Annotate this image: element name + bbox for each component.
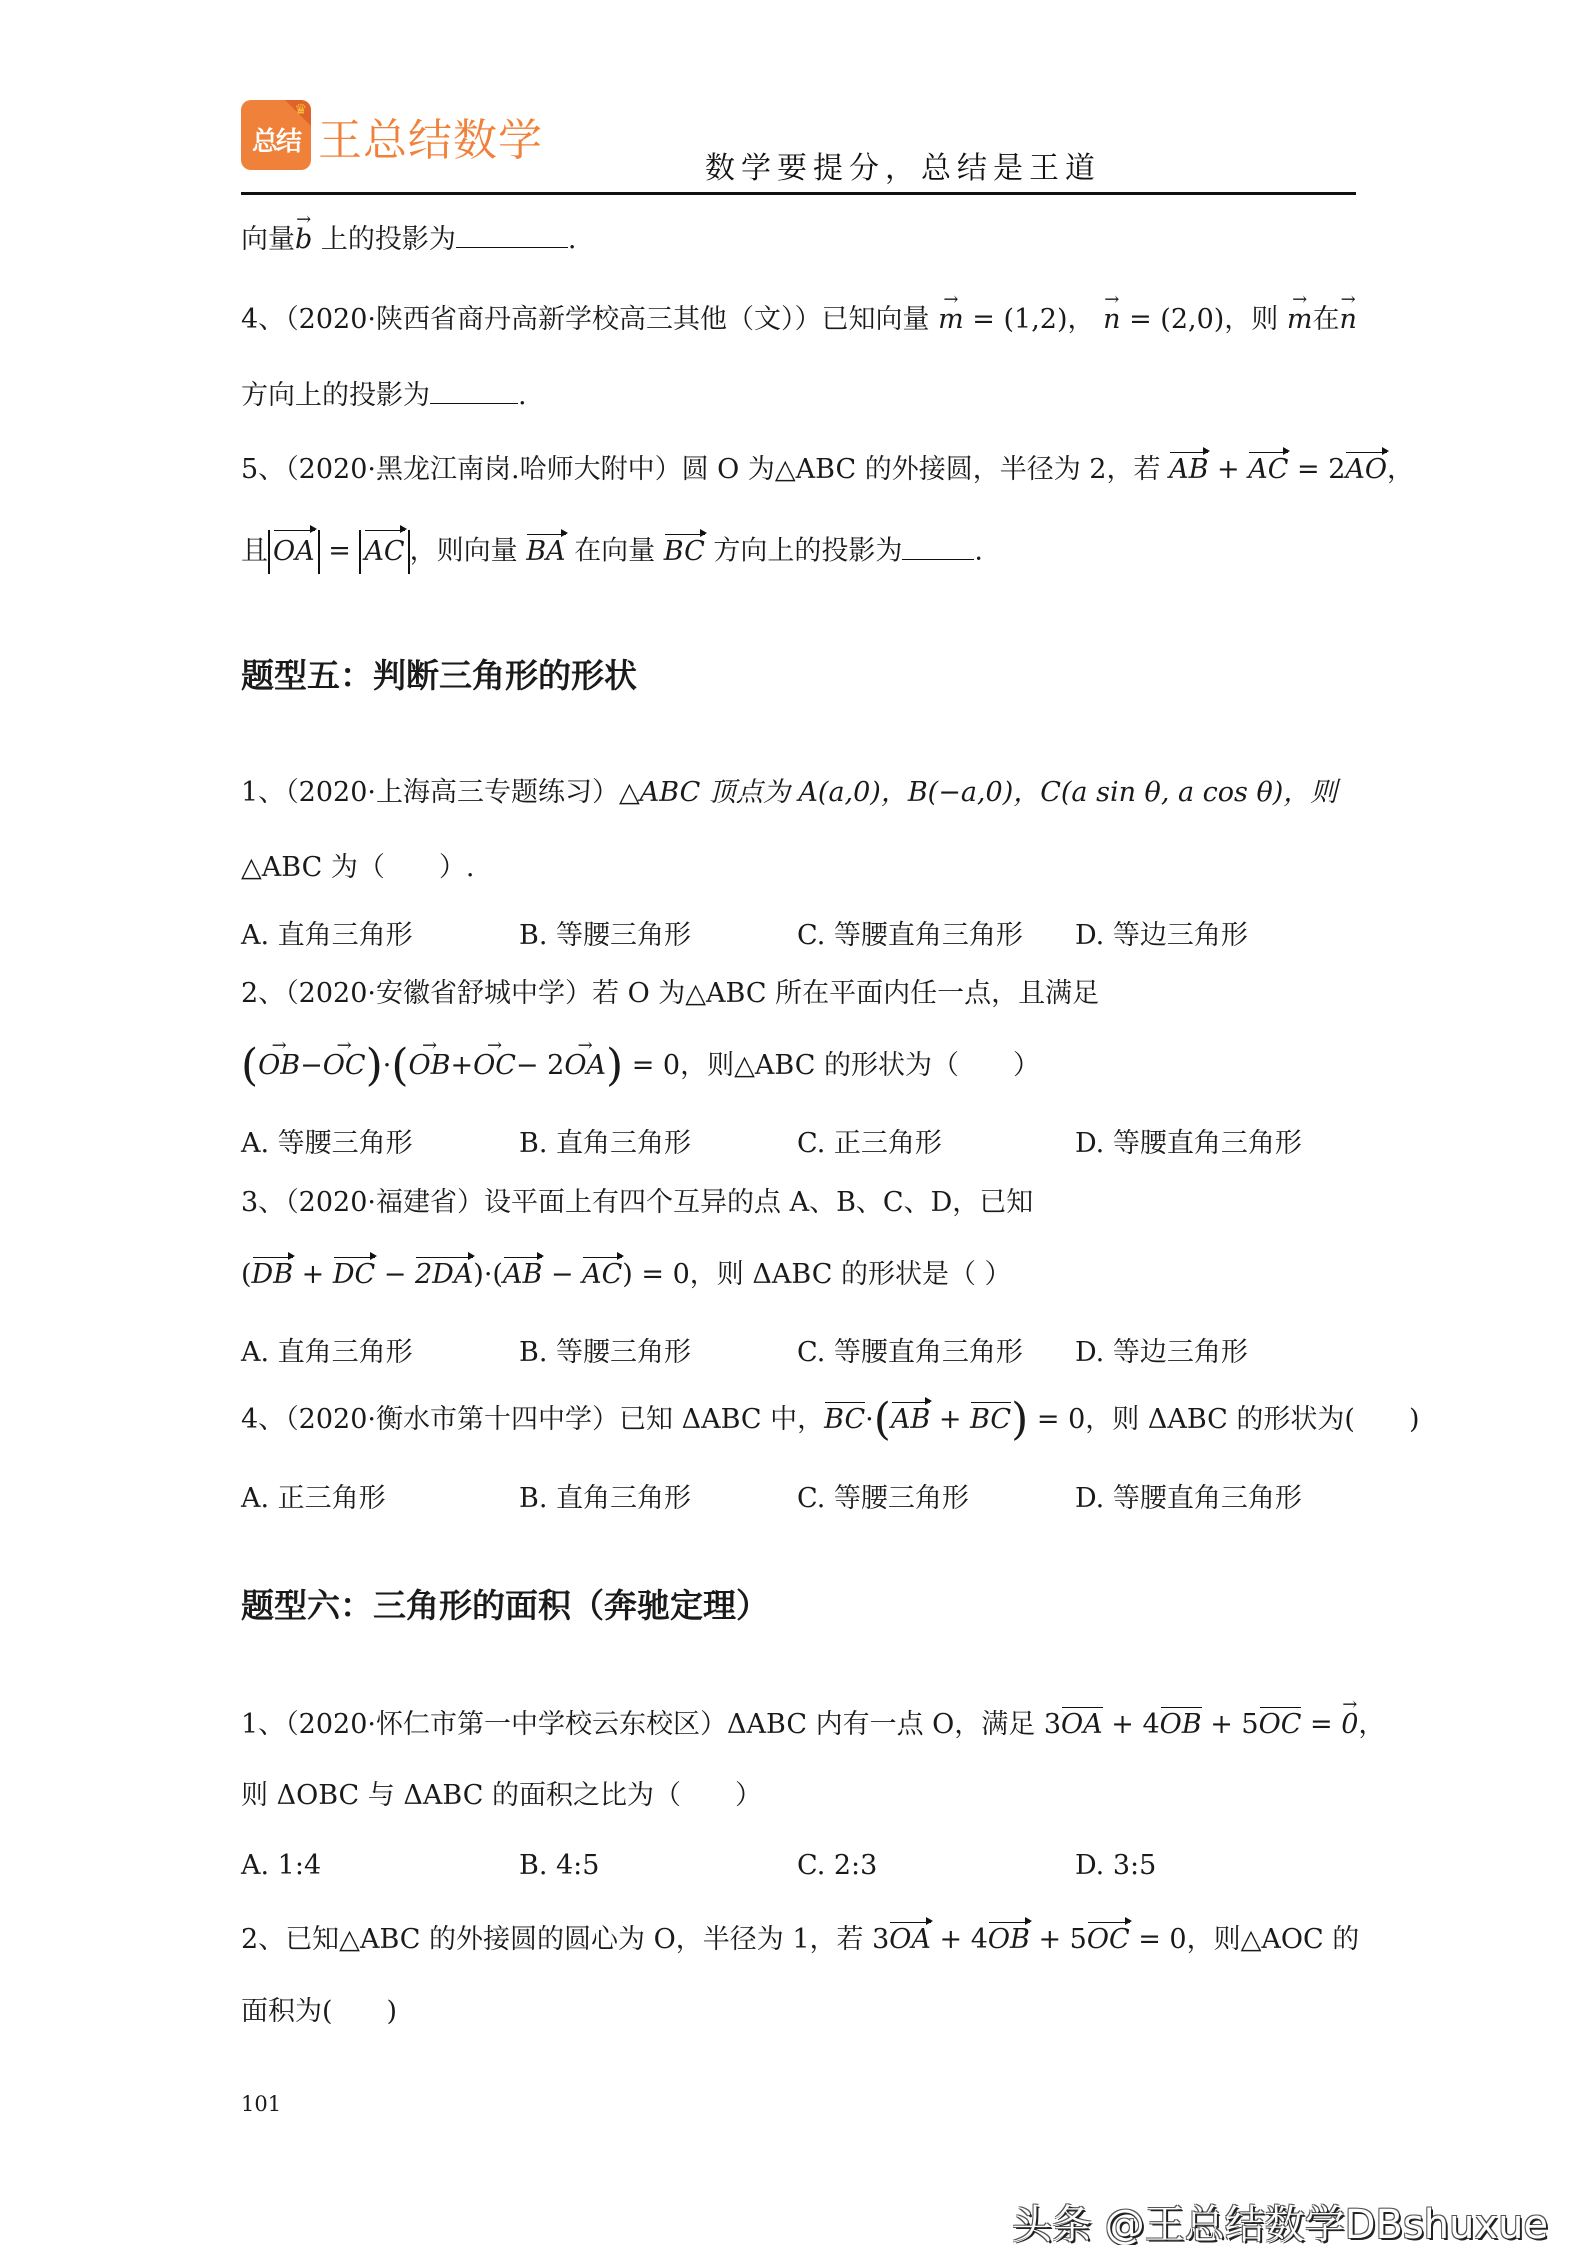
vector-value: = (2,0)，则: [1129, 304, 1278, 335]
section-heading-5: 题型五：判断三角形的形状: [241, 650, 637, 697]
s5-question-1: 1、（2020·上海高三专题练习）△ABC 顶点为 A(a,0)，B(−a,0)…: [241, 775, 1337, 811]
option-d[interactable]: D. 等边三角形: [1075, 1330, 1248, 1369]
vector-m: m: [938, 302, 964, 338]
question-text: 已知向量: [821, 304, 929, 335]
option-a[interactable]: A. 直角三角形: [241, 1330, 413, 1369]
s6-question-2-line2: 面积为( ): [241, 1994, 397, 2030]
continuation-line: 向量b 上的投影为.: [241, 222, 576, 258]
vector-ab: AB: [891, 1402, 930, 1438]
option-a[interactable]: A. 等腰三角形: [241, 1121, 413, 1160]
s5-question-2-line2: (OB−OC)·(OB+OC− 2OA) = 0，则△ABC 的形状为（ ）: [241, 1048, 1040, 1084]
vector-ac: AC: [364, 530, 404, 574]
vector-oa: OA: [889, 1922, 931, 1958]
answer-blank[interactable]: [430, 379, 518, 404]
vector-ac: AC: [582, 1257, 622, 1293]
s6-question-1-line2: 则 ΔOBC 与 ΔABC 的面积之比为（ ）: [241, 1778, 762, 1814]
brand-name: 王总结数学: [318, 104, 543, 168]
question-number: 2、: [241, 1924, 285, 1955]
question-text: 已知 ΔABC 中，: [619, 1404, 824, 1435]
vector-ba: BA: [526, 534, 565, 570]
question-source: （2020·福建省）: [285, 1187, 484, 1218]
operator: =: [320, 536, 360, 567]
vector-oa: OA: [564, 1048, 606, 1084]
slogan: 数学要提分，总结是王道: [705, 143, 1101, 187]
operator: −: [300, 1050, 323, 1081]
operator: + 5: [1030, 1924, 1087, 1955]
paren: ): [622, 1259, 633, 1290]
brand-logo: ♛ 总结: [241, 100, 311, 170]
text: 在向量: [574, 536, 655, 567]
operator: + 4: [931, 1924, 988, 1955]
operator: − 2: [516, 1050, 564, 1081]
question-5-projection: 5、（2020·黑龙江南岗.哈师大附中）圆 O 为△ABC 的外接圆，半径为 2…: [241, 452, 1414, 488]
question-text: 方向上的投影为: [241, 380, 430, 411]
paren: (: [241, 1259, 252, 1290]
vector-bc: BC: [664, 534, 705, 570]
question-source: （2020·怀仁市第一中学校云东校区）: [285, 1709, 727, 1740]
question-source: （2020·陕西省商丹高新学校高三其他（文））: [285, 304, 821, 335]
option-a[interactable]: A. 1:4: [241, 1850, 321, 1881]
s5-question-4: 4、（2020·衡水市第十四中学）已知 ΔABC 中，BC·(AB + BC) …: [241, 1402, 1419, 1438]
question-text: 若 O 为△ABC 所在平面内任一点，且满足: [592, 978, 1099, 1009]
vector-oa: OA: [273, 530, 315, 574]
vector-ab: AB: [1169, 452, 1208, 488]
vector-bc: BC: [824, 1402, 865, 1438]
vector-oa: OA: [1061, 1707, 1103, 1743]
vector-value: = (1,2)，: [972, 304, 1094, 335]
question-number: 1、: [241, 777, 285, 808]
paren: ): [1011, 1394, 1028, 1445]
option-b[interactable]: B. 4:5: [519, 1850, 599, 1881]
option-c[interactable]: C. 2:3: [797, 1850, 877, 1881]
question-number: 5、: [241, 454, 285, 485]
vector-ac: AC: [1248, 452, 1288, 488]
option-a[interactable]: A. 正三角形: [241, 1476, 386, 1515]
question-text: = 0，则 ΔABC 的形状是（ ）: [641, 1259, 1011, 1290]
vector-ob: OB: [1160, 1707, 1202, 1743]
option-c[interactable]: C. 等腰三角形: [797, 1476, 969, 1515]
question-text: 圆 O 为△ABC 的外接圆，半径为 2，若: [682, 454, 1161, 485]
operator: =: [1301, 1709, 1341, 1740]
option-b[interactable]: B. 等腰三角形: [519, 1330, 691, 1369]
option-c[interactable]: C. 等腰直角三角形: [797, 1330, 1023, 1369]
vector-m: m: [1287, 302, 1313, 338]
s5-question-2: 2、（2020·安徽省舒城中学）若 O 为△ABC 所在平面内任一点，且满足: [241, 976, 1099, 1012]
text: .: [518, 380, 527, 411]
option-b[interactable]: B. 直角三角形: [519, 1476, 691, 1515]
vector-ob: OB: [988, 1922, 1030, 1958]
text: 在: [1313, 304, 1340, 335]
paren: )·(: [473, 1259, 503, 1290]
question-number: 1、: [241, 1709, 285, 1740]
vector-n: n: [1103, 302, 1120, 338]
vector-n: n: [1340, 302, 1357, 338]
vector-ob: OB: [258, 1048, 300, 1084]
text: 方向上的投影为: [713, 536, 902, 567]
option-d[interactable]: D. 3:5: [1075, 1850, 1156, 1881]
question-number: 2、: [241, 978, 285, 1009]
question-5-line2: 且OA = AC，则向量 BA 在向量 BC 方向上的投影为.: [241, 530, 983, 574]
paren: (: [241, 1040, 258, 1091]
s6-question-2: 2、已知△ABC 的外接圆的圆心为 O，半径为 1，若 3OA + 4OB + …: [241, 1922, 1359, 1958]
vector-ob: OB: [409, 1048, 451, 1084]
text: ，: [1358, 1709, 1385, 1740]
question-text: = 0，则 ΔABC 的形状为( ): [1037, 1404, 1420, 1435]
section-heading-6: 题型六：三角形的面积（奔驰定理）: [241, 1580, 769, 1627]
zero-vector: 0: [1341, 1707, 1358, 1743]
answer-blank[interactable]: [902, 535, 974, 560]
paren: ): [606, 1040, 623, 1091]
option-c[interactable]: C. 正三角形: [797, 1121, 942, 1160]
question-text: ΔABC 内有一点 O，满足 3: [727, 1709, 1061, 1740]
vector-da: DA: [432, 1259, 473, 1290]
text: 上的投影为: [321, 224, 456, 255]
option-c[interactable]: C. 等腰直角三角形: [797, 913, 1023, 952]
question-4-projection: 4、（2020·陕西省商丹高新学校高三其他（文））已知向量 m = (1,2)，…: [241, 302, 1357, 338]
option-b[interactable]: B. 等腰三角形: [519, 913, 691, 952]
paren: (: [874, 1394, 891, 1445]
text: 向量: [241, 224, 295, 255]
header-divider: [241, 192, 1356, 195]
magnitude-ac: AC: [359, 530, 409, 574]
operator: + 4: [1103, 1709, 1160, 1740]
vector-ab: AB: [503, 1257, 542, 1293]
vector-ao: AO: [1345, 452, 1387, 488]
question-source: （2020·衡水市第十四中学）: [285, 1404, 619, 1435]
paren: (: [391, 1040, 408, 1091]
vector-b: b: [295, 222, 312, 258]
operator: = 2: [1288, 454, 1345, 485]
question-text: = 0，则△ABC 的形状为（ ）: [632, 1050, 1040, 1081]
question-number: 4、: [241, 1404, 285, 1435]
question-source: （2020·安徽省舒城中学）: [285, 978, 592, 1009]
text: 且: [241, 536, 268, 567]
page-number: 101: [241, 2092, 281, 2116]
text: ，: [1387, 454, 1414, 485]
crown-icon: ♛: [294, 102, 307, 118]
option-a[interactable]: A. 直角三角形: [241, 913, 413, 952]
question-source: （2020·黑龙江南岗.哈师大附中）: [285, 454, 681, 485]
vector-bc: BC: [970, 1402, 1011, 1438]
answer-blank[interactable]: [456, 223, 568, 248]
magnitude-oa: OA: [268, 530, 320, 574]
question-4-line2: 方向上的投影为.: [241, 378, 527, 414]
question-number: 3、: [241, 1187, 285, 1218]
vector-dc: DC: [333, 1257, 375, 1293]
option-d[interactable]: D. 等腰直角三角形: [1075, 1476, 1302, 1515]
s5-question-1-line2: △ABC 为（ ）.: [241, 850, 474, 886]
vector-2da: 2DA: [415, 1257, 473, 1293]
vector-oc: OC: [1259, 1707, 1302, 1743]
vector-oc: OC: [1087, 1922, 1130, 1958]
option-d[interactable]: D. 等边三角形: [1075, 913, 1248, 952]
question-text: = 0，则△AOC 的: [1130, 1924, 1360, 1955]
paren: ): [366, 1040, 383, 1091]
option-b[interactable]: B. 直角三角形: [519, 1121, 691, 1160]
vector-oc: OC: [473, 1048, 516, 1084]
question-source: （2020·上海高三专题练习）: [285, 777, 619, 808]
question-text: 已知△ABC 的外接圆的圆心为 O，半径为 1，若 3: [285, 1924, 889, 1955]
vector-db: DB: [252, 1257, 294, 1293]
operator: +: [451, 1050, 474, 1081]
s6-question-1: 1、（2020·怀仁市第一中学校云东校区）ΔABC 内有一点 O，满足 3OA …: [241, 1707, 1385, 1743]
s5-question-3: 3、（2020·福建省）设平面上有四个互异的点 A、B、C、D，已知: [241, 1185, 1033, 1221]
question-text: 则 ΔOBC 与 ΔABC 的面积之比为（ ）: [241, 1780, 762, 1811]
operator: +: [1208, 454, 1248, 485]
question-text: 面积为( ): [241, 1996, 397, 2027]
text: .: [974, 536, 983, 567]
text: .: [568, 224, 577, 255]
question-number: 4、: [241, 304, 285, 335]
question-text: △ABC 顶点为 A(a,0)，B(−a,0)，C(a sin θ, a cos…: [619, 777, 1337, 808]
logo-glyph: 总结: [241, 121, 311, 158]
question-text: 设平面上有四个互异的点 A、B、C、D，已知: [484, 1187, 1033, 1218]
operator: + 5: [1202, 1709, 1259, 1740]
watermark: 头条 @王总结数学DBshuxue: [1012, 2193, 1548, 2245]
option-d[interactable]: D. 等腰直角三角形: [1075, 1121, 1302, 1160]
text: ，则向量: [410, 536, 518, 567]
question-text: △ABC 为（ ）.: [241, 852, 474, 883]
vector-oc: OC: [323, 1048, 366, 1084]
s5-question-3-line2: (DB + DC − 2DA)·(AB − AC) = 0，则 ΔABC 的形状…: [241, 1257, 1012, 1293]
